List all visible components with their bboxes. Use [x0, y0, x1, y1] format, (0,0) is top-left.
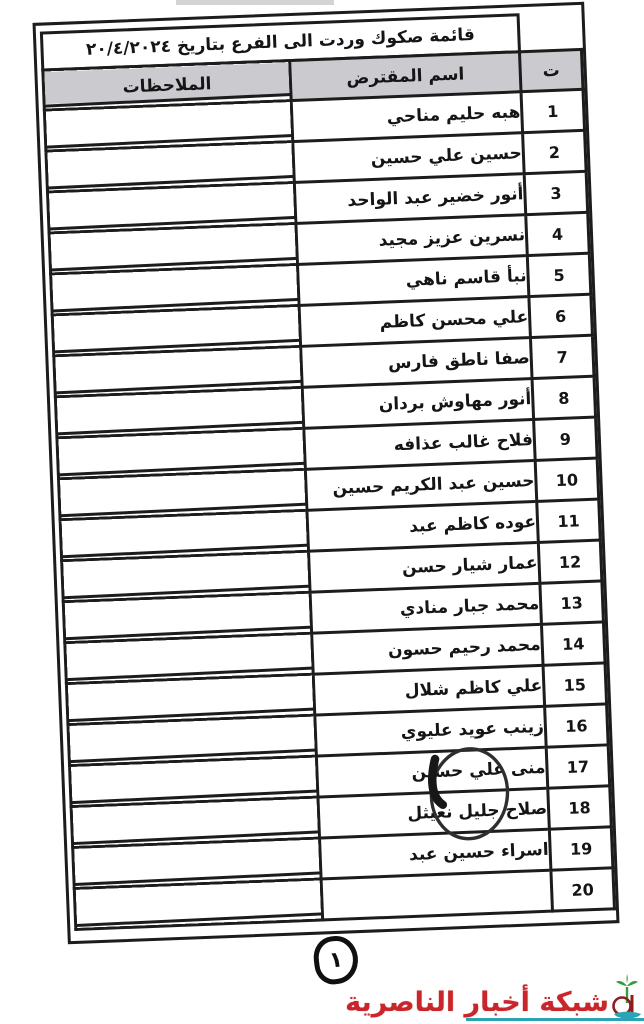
row-index-cell: 9 — [534, 417, 598, 460]
notes-cell — [74, 879, 322, 929]
table-body: 1هبه حليم مناحي2حسين علي حسين3أنور خضير … — [44, 89, 614, 929]
row-index-cell: 2 — [523, 130, 587, 173]
row-index-cell: 3 — [524, 171, 588, 214]
row-index-cell: 20 — [551, 868, 615, 911]
row-index-cell: 16 — [545, 704, 609, 747]
row-index-cell: 18 — [548, 786, 612, 829]
row-index-cell: 7 — [530, 335, 594, 378]
watermark-underline — [466, 1018, 644, 1021]
row-index-cell: 13 — [540, 581, 604, 624]
row-index-cell: 4 — [526, 212, 590, 255]
page-number: ١ — [328, 947, 344, 973]
watermark: شبكة أخبار الناصرية — [343, 975, 644, 1023]
row-index-cell: 14 — [541, 622, 605, 665]
table-frame: قائمة صكوك وردت الى الفرع بتاريخ ٢٠/٤/٢٠… — [33, 2, 620, 945]
row-index-cell: 8 — [532, 376, 596, 419]
watermark-logo-icon — [610, 973, 644, 1024]
row-index-cell: 15 — [543, 663, 607, 706]
scan-edge-artifact — [176, 0, 334, 5]
row-index-cell: 12 — [538, 540, 602, 583]
borrowers-table: ت اسم المقترض الملاحظات 1هبه حليم مناحي2… — [41, 48, 616, 931]
row-index-cell: 10 — [535, 458, 599, 501]
row-index-cell: 5 — [527, 253, 591, 296]
column-header-index: ت — [519, 49, 582, 91]
row-index-cell: 11 — [537, 499, 601, 542]
row-index-cell: 6 — [529, 294, 593, 337]
watermark-text: شبكة أخبار الناصرية — [345, 989, 609, 1016]
borrower-name-cell — [321, 870, 552, 920]
row-index-cell: 19 — [549, 827, 613, 870]
row-index-cell: 17 — [546, 745, 610, 788]
row-index-cell: 1 — [521, 89, 585, 132]
